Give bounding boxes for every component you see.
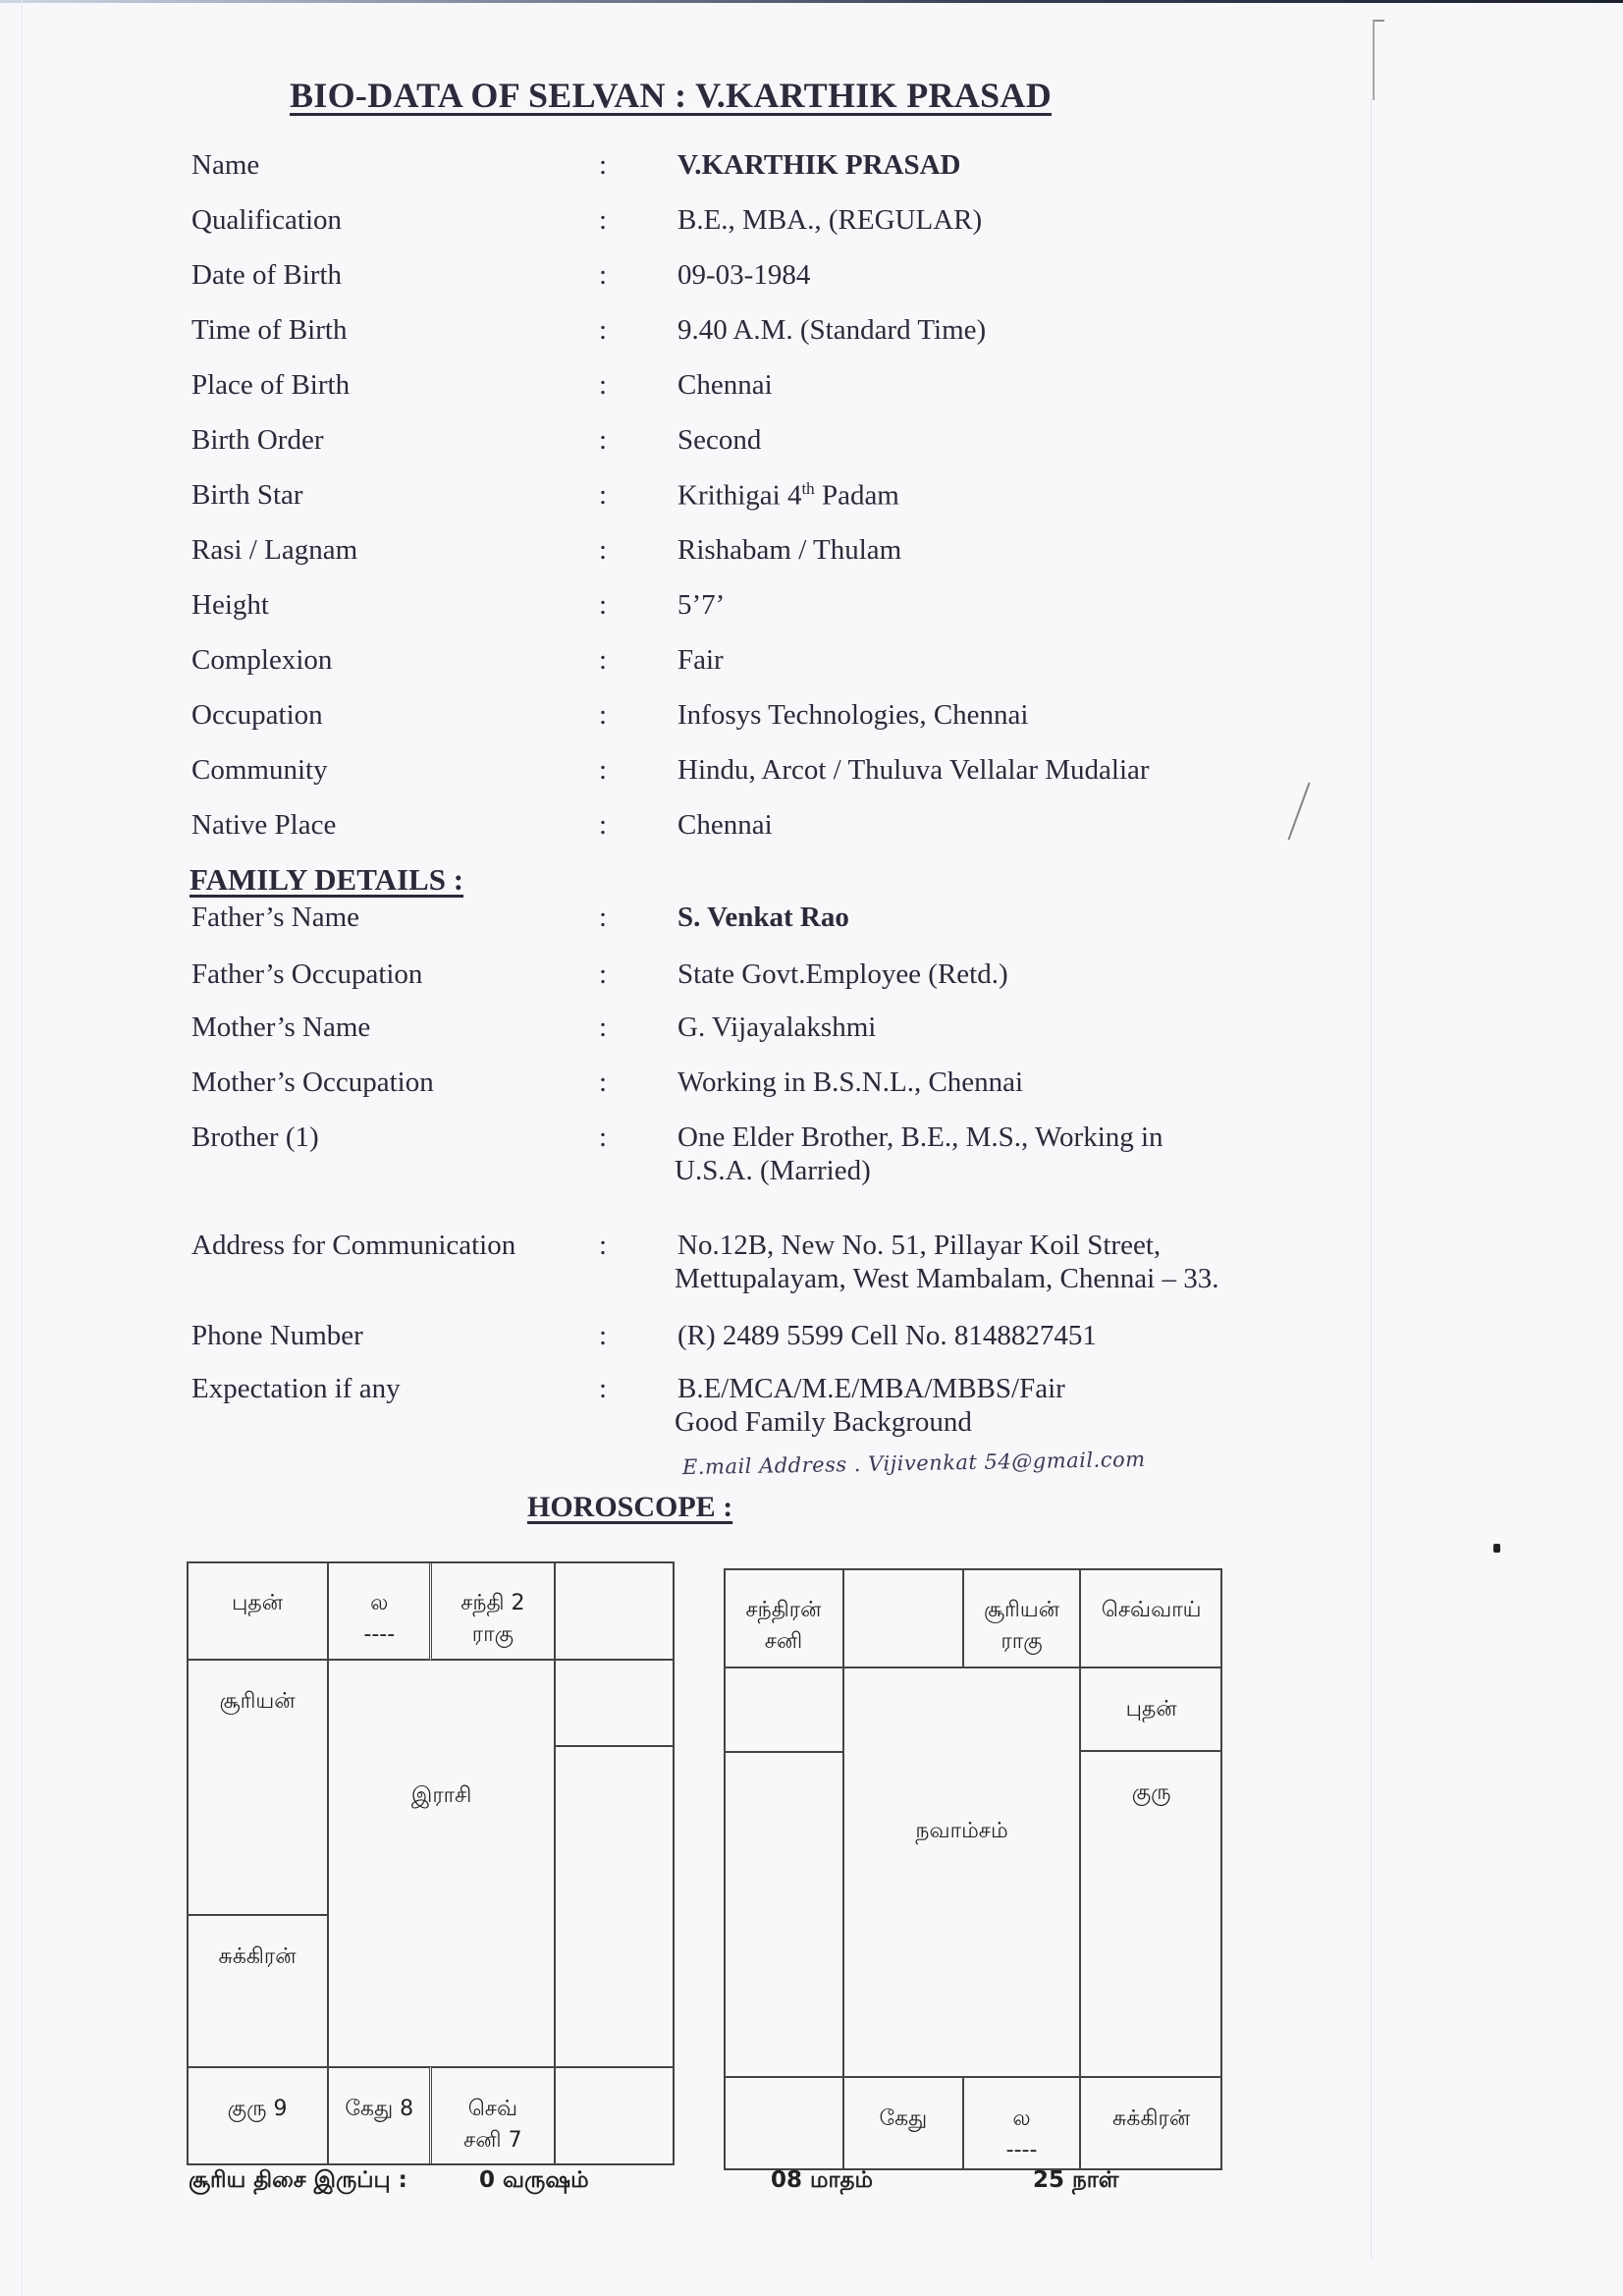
field-label: Birth Star bbox=[191, 479, 303, 512]
field-separator: : bbox=[599, 314, 607, 347]
field-label: Time of Birth bbox=[191, 314, 347, 347]
planet-label: கேது 8 bbox=[329, 2094, 429, 2125]
field-separator: : bbox=[599, 1011, 607, 1044]
planet-label: ல bbox=[329, 1588, 429, 1619]
field-value: V.KARTHIK PRASAD bbox=[677, 149, 961, 182]
house-cell bbox=[843, 1568, 963, 1667]
planet-label: சனி 7 bbox=[432, 2125, 555, 2157]
field-separator: : bbox=[599, 754, 607, 787]
navamsam-chart: சந்திரன்சனிசூரியன்ராகுசெவ்வாய்கேதுல----ச… bbox=[724, 1568, 1222, 2170]
field-separator: : bbox=[599, 479, 607, 512]
scan-edge bbox=[0, 0, 1623, 3]
house-cell: குரு bbox=[1080, 1751, 1222, 2077]
house-cell: சுக்கிரன் bbox=[187, 1915, 328, 2067]
field-value-continued: Good Family Background bbox=[675, 1406, 972, 1439]
house-cell: செவ்சனி 7 bbox=[431, 2067, 556, 2165]
planet-label: புதன் bbox=[188, 1588, 327, 1619]
house-cell bbox=[724, 1752, 843, 2077]
field-value: (R) 2489 5599 Cell No. 8148827451 bbox=[677, 1320, 1097, 1352]
field-label: Expectation if any bbox=[191, 1373, 401, 1405]
dasa-balance-label: சூரிய திசை இருப்பு : bbox=[189, 2167, 407, 2196]
field-label: Complexion bbox=[191, 644, 332, 677]
pen-mark bbox=[1287, 783, 1310, 841]
field-value: Second bbox=[677, 424, 761, 457]
chart-center-label: நவாம்சம் bbox=[843, 1667, 1080, 2077]
field-label: Name bbox=[191, 149, 259, 182]
house-cell bbox=[724, 2077, 843, 2170]
page-edge-line bbox=[1371, 98, 1372, 2259]
document-title: BIO-DATA OF SELVAN : V.KARTHIK PRASAD bbox=[290, 75, 1052, 116]
field-separator: : bbox=[599, 149, 607, 182]
house-cell: புதன் bbox=[187, 1561, 328, 1660]
planet-label: கேது bbox=[844, 2104, 962, 2135]
field-label: Date of Birth bbox=[191, 259, 342, 292]
planet-label: ---- bbox=[329, 1619, 429, 1651]
house-cell: சூரியன் bbox=[187, 1660, 328, 1915]
planet-label: ராகு bbox=[964, 1626, 1079, 1658]
field-label: Qualification bbox=[191, 204, 342, 237]
rasi-chart: புதன்ல----சந்தி 2ராகுகுரு 9கேது 8செவ்சனி… bbox=[187, 1561, 675, 2165]
planet-label: சந்தி 2 bbox=[432, 1588, 555, 1619]
field-value: Chennai bbox=[677, 809, 773, 842]
family-details-heading: FAMILY DETAILS : bbox=[189, 862, 463, 898]
field-label: Place of Birth bbox=[191, 369, 350, 402]
field-separator: : bbox=[599, 902, 607, 934]
planet-label: செவ் bbox=[432, 2094, 555, 2125]
planet-label: சனி bbox=[725, 1626, 842, 1658]
field-label: Height bbox=[191, 589, 269, 622]
field-value: G. Vijayalakshmi bbox=[677, 1011, 876, 1044]
field-separator: : bbox=[599, 809, 607, 842]
field-separator: : bbox=[599, 1373, 607, 1405]
field-value: State Govt.Employee (Retd.) bbox=[677, 958, 1008, 991]
page-corner-mark bbox=[1373, 20, 1384, 100]
field-separator: : bbox=[599, 1320, 607, 1352]
field-separator: : bbox=[599, 644, 607, 677]
field-separator: : bbox=[599, 1121, 607, 1154]
field-separator: : bbox=[599, 1230, 607, 1262]
field-separator: : bbox=[599, 369, 607, 402]
field-value-continued: Mettupalayam, West Mambalam, Chennai – 3… bbox=[675, 1263, 1218, 1295]
field-value: One Elder Brother, B.E., M.S., Working i… bbox=[677, 1121, 1163, 1154]
house-cell: சுக்கிரன் bbox=[1080, 2077, 1222, 2170]
ink-dot bbox=[1493, 1544, 1500, 1553]
house-cell: செவ்வாய் bbox=[1080, 1568, 1222, 1667]
field-label: Rasi / Lagnam bbox=[191, 534, 357, 567]
planet-label: சூரியன் bbox=[188, 1686, 327, 1718]
scan-margin-line bbox=[22, 0, 23, 2296]
planet-label: குரு 9 bbox=[188, 2094, 327, 2125]
field-value: S. Venkat Rao bbox=[677, 902, 849, 934]
dasa-balance-months: 08 மாதம் bbox=[771, 2167, 873, 2196]
horoscope-heading: HOROSCOPE : bbox=[527, 1491, 732, 1524]
house-cell: குரு 9 bbox=[187, 2067, 328, 2165]
house-cell bbox=[724, 1667, 843, 1752]
planet-label: சூரியன் bbox=[964, 1595, 1079, 1626]
field-label: Address for Communication bbox=[191, 1230, 515, 1262]
house-cell: புதன் bbox=[1080, 1667, 1222, 1751]
planet-label: செவ்வாய் bbox=[1081, 1595, 1221, 1626]
house-cell: சந்தி 2ராகு bbox=[431, 1561, 556, 1660]
house-cell: சூரியன்ராகு bbox=[963, 1568, 1080, 1667]
planet-label: குரு bbox=[1081, 1777, 1221, 1809]
field-value: Infosys Technologies, Chennai bbox=[677, 699, 1028, 732]
house-cell: சந்திரன்சனி bbox=[724, 1568, 843, 1667]
field-value: Hindu, Arcot / Thuluva Vellalar Mudaliar bbox=[677, 754, 1150, 787]
field-separator: : bbox=[599, 958, 607, 991]
field-label: Father’s Occupation bbox=[191, 958, 422, 991]
field-label: Mother’s Name bbox=[191, 1011, 370, 1044]
field-label: Birth Order bbox=[191, 424, 324, 457]
field-value: No.12B, New No. 51, Pillayar Koil Street… bbox=[677, 1230, 1161, 1262]
planet-label: சந்திரன் bbox=[725, 1595, 842, 1626]
field-label: Brother (1) bbox=[191, 1121, 319, 1154]
field-value: Working in B.S.N.L., Chennai bbox=[677, 1066, 1023, 1099]
dasa-balance-days: 25 நாள் bbox=[1033, 2167, 1119, 2196]
field-label: Phone Number bbox=[191, 1320, 363, 1352]
field-separator: : bbox=[599, 424, 607, 457]
field-value: Fair bbox=[677, 644, 724, 677]
planet-label: ல bbox=[964, 2104, 1079, 2135]
house-cell bbox=[555, 2067, 675, 2165]
field-label: Occupation bbox=[191, 699, 323, 732]
chart-center-label: இராசி bbox=[328, 1660, 555, 2067]
field-separator: : bbox=[599, 1066, 607, 1099]
field-value-continued: U.S.A. (Married) bbox=[675, 1155, 871, 1187]
house-cell bbox=[555, 1561, 675, 1660]
field-separator: : bbox=[599, 534, 607, 567]
field-label: Native Place bbox=[191, 809, 336, 842]
planet-label: சுக்கிரன் bbox=[188, 1941, 327, 1973]
field-value: 09-03-1984 bbox=[677, 259, 810, 292]
house-cell: கேது bbox=[843, 2077, 963, 2170]
house-cell bbox=[555, 1746, 675, 2067]
field-label: Father’s Name bbox=[191, 902, 359, 934]
planet-label: ---- bbox=[964, 2135, 1079, 2166]
field-value: 5’7’ bbox=[677, 589, 725, 622]
field-value: 9.40 A.M. (Standard Time) bbox=[677, 314, 986, 347]
house-cell: ல---- bbox=[963, 2077, 1080, 2170]
house-cell: ல---- bbox=[328, 1561, 430, 1660]
house-cell: கேது 8 bbox=[328, 2067, 430, 2165]
field-separator: : bbox=[599, 589, 607, 622]
planet-label: புதன் bbox=[1081, 1694, 1221, 1725]
field-label: Mother’s Occupation bbox=[191, 1066, 434, 1099]
handwritten-email-note: E.mail Address . Vijivenkat 54@gmail.com bbox=[682, 1448, 1146, 1479]
field-value: Rishabam / Thulam bbox=[677, 534, 901, 567]
planet-label: ராகு bbox=[432, 1619, 555, 1651]
dasa-balance-years: 0 வருஷம் bbox=[479, 2167, 589, 2196]
field-separator: : bbox=[599, 259, 607, 292]
field-separator: : bbox=[599, 204, 607, 237]
planet-label: சுக்கிரன் bbox=[1081, 2104, 1221, 2135]
field-label: Community bbox=[191, 754, 328, 787]
house-cell bbox=[555, 1660, 675, 1745]
field-value: B.E., MBA., (REGULAR) bbox=[677, 204, 982, 237]
field-value: B.E/MCA/M.E/MBA/MBBS/Fair bbox=[677, 1373, 1065, 1405]
field-value: Chennai bbox=[677, 369, 773, 402]
field-value: Krithigai 4th Padam bbox=[677, 479, 899, 513]
field-separator: : bbox=[599, 699, 607, 732]
